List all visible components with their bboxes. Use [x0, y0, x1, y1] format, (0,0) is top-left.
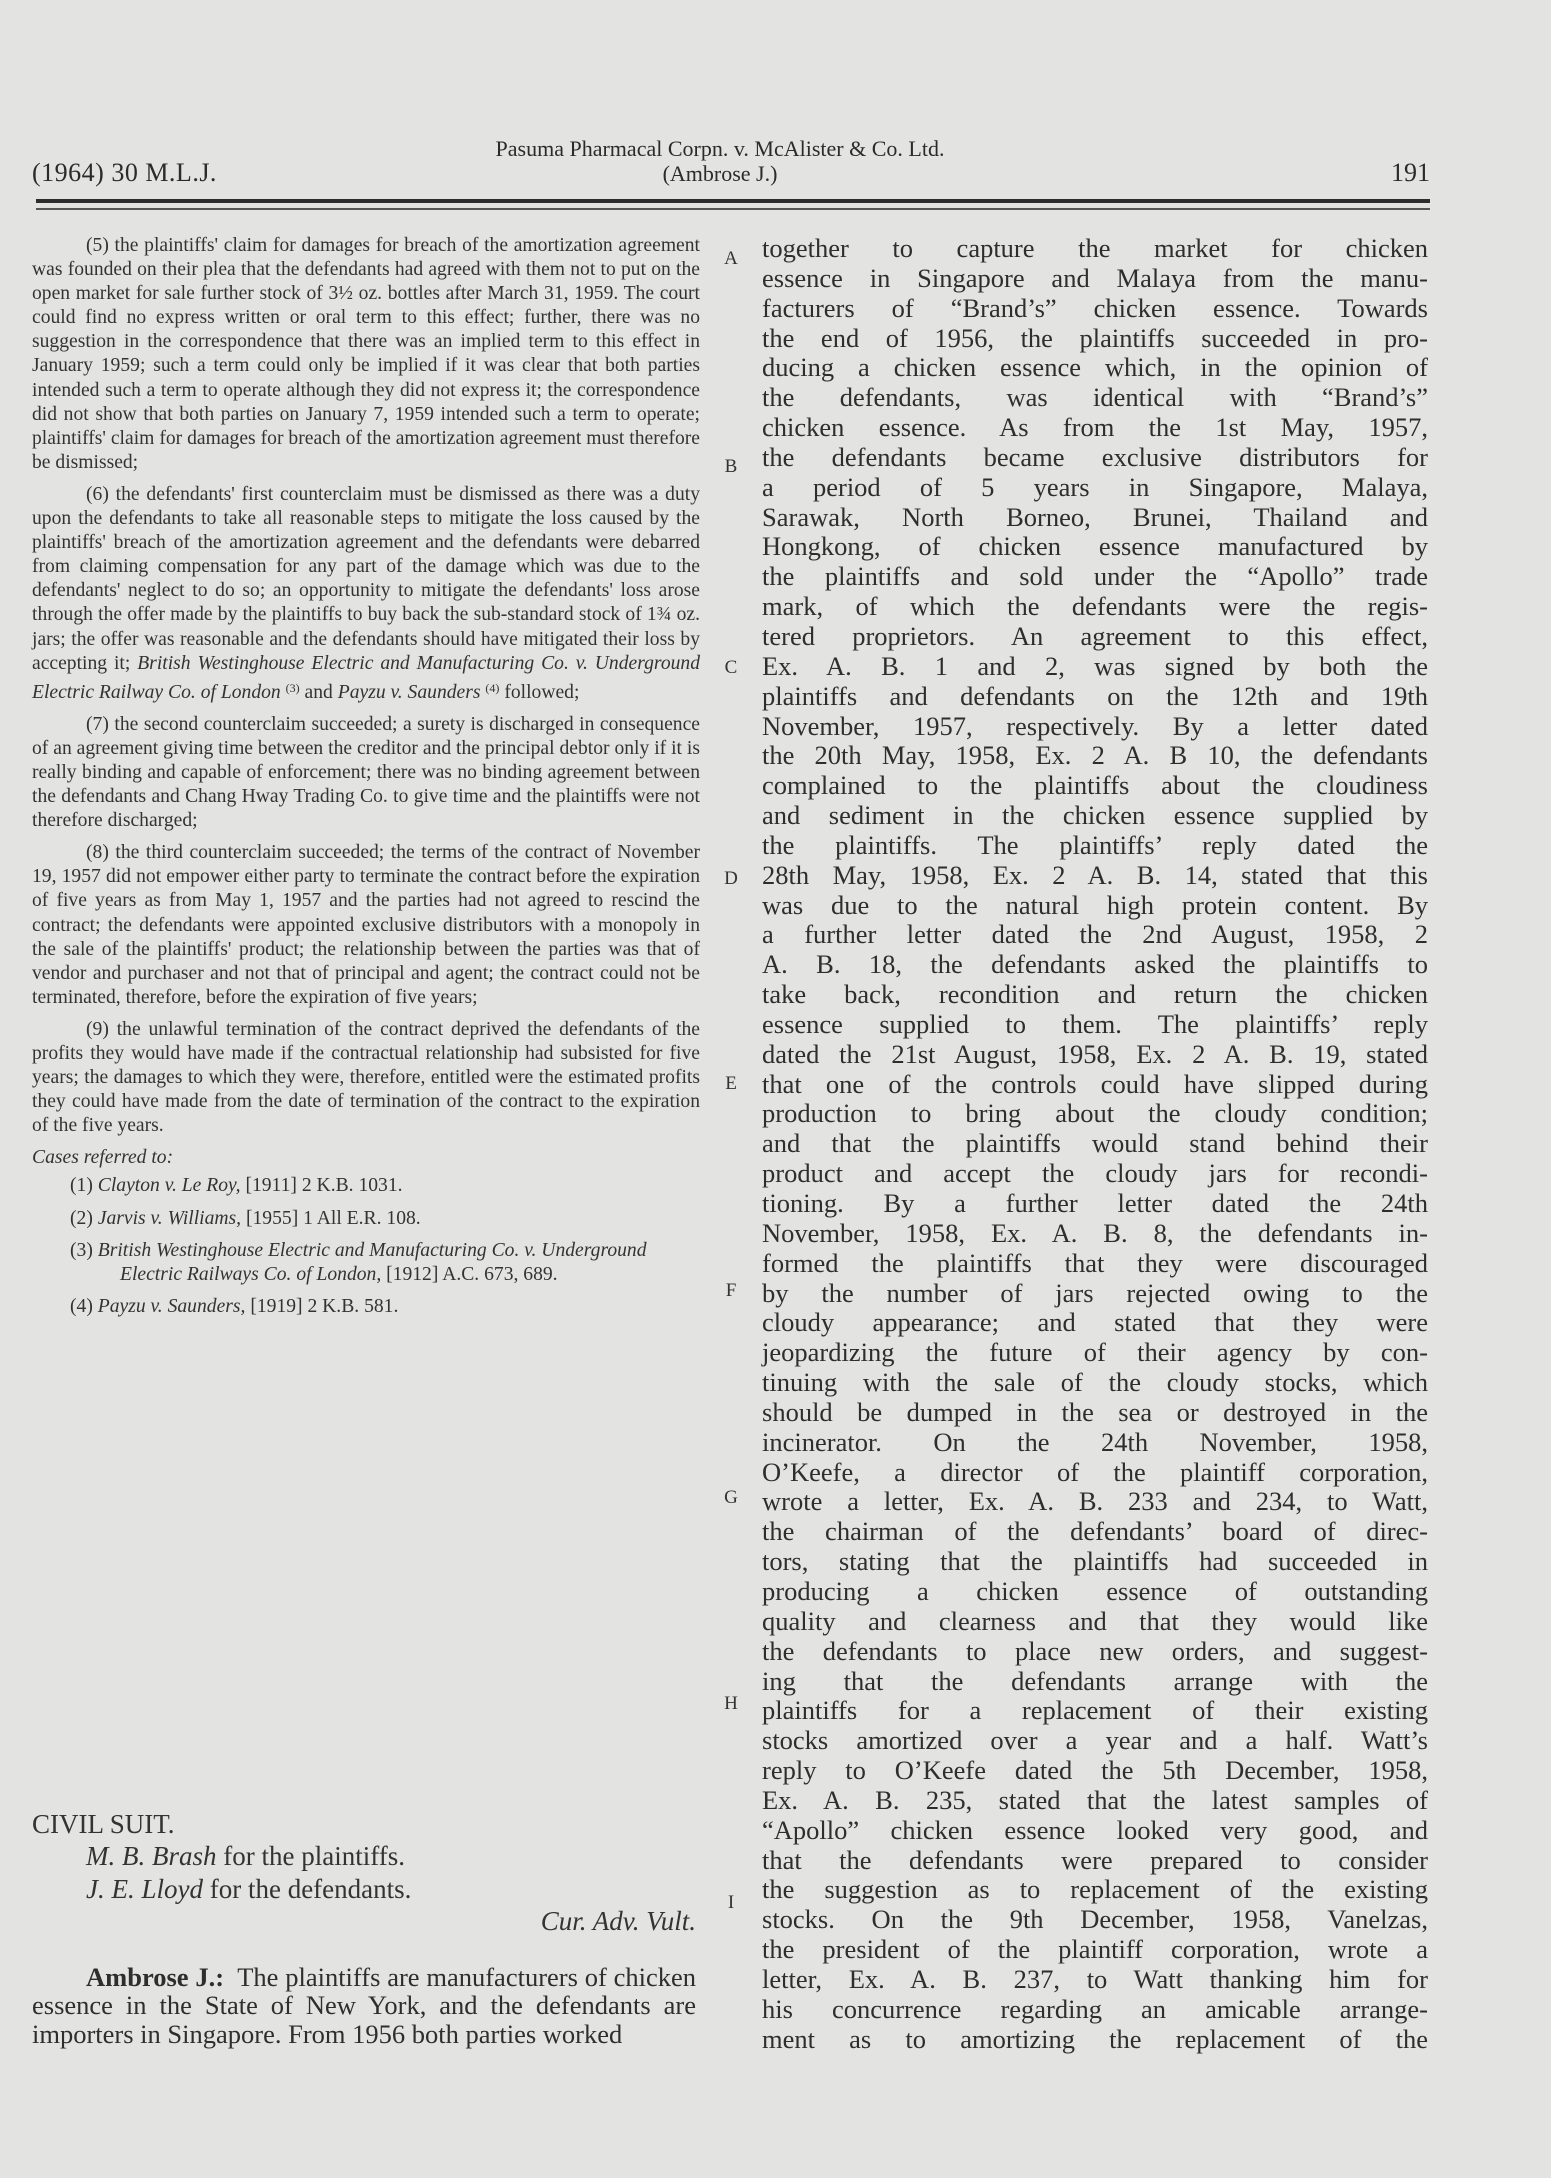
headnote-text: the unlawful termination of the contract…: [32, 1019, 700, 1136]
case-number: (1): [70, 1175, 93, 1196]
margin-letter-e: E: [723, 1073, 739, 1095]
headnote-text: the defendants' first counterclaim must …: [32, 484, 700, 674]
judgment-line: Sarawak, North Borneo, Brunei, Thailand …: [762, 503, 1428, 533]
headnote-number: (7): [86, 714, 109, 735]
judgment-line: jeopardizing the future of their agency …: [762, 1338, 1428, 1368]
case-cite: [1919] 2 K.B. 581.: [250, 1296, 398, 1317]
judgment-line: chicken essence. As from the 1st May, 19…: [762, 413, 1428, 443]
headnote-text: and: [305, 682, 333, 703]
headnote-text: the plaintiffs' claim for damages for br…: [32, 235, 700, 473]
judgment-line: reply to O’Keefe dated the 5th December,…: [762, 1756, 1428, 1786]
header-rule-thin: [36, 208, 1430, 210]
case-name: Clayton v. Le Roy,: [98, 1175, 241, 1196]
footnote-ref: (3): [286, 681, 300, 695]
judgment-line: incinerator. On the 24th November, 1958,: [762, 1428, 1428, 1458]
judgment-line: the president of the plaintiff corporati…: [762, 1935, 1428, 1965]
header-rule-thick: [36, 199, 1430, 203]
judgment-line: producing a chicken essence of outstandi…: [762, 1577, 1428, 1607]
judgment-line: the plaintiffs and sold under the “Apoll…: [762, 562, 1428, 592]
judgment-line: cloudy appearance; and stated that they …: [762, 1308, 1428, 1338]
running-head: Pasuma Pharmacal Corpn. v. McAlister & C…: [380, 136, 1060, 186]
judgment-line: letter, Ex. A. B. 237, to Watt thanking …: [762, 1965, 1428, 1995]
judgment-line: plaintiffs and defendants on the 12th an…: [762, 682, 1428, 712]
judgment-line: and that the plaintiffs would stand behi…: [762, 1129, 1428, 1159]
counsel-plaintiffs: M. B. Brash for the plaintiffs.: [86, 1840, 405, 1872]
proceeding-type: CIVIL SUIT.: [32, 1808, 174, 1840]
margin-letter-i: I: [723, 1892, 739, 1914]
headnote-6: (6) the defendants' first counterclaim m…: [32, 483, 700, 705]
law-report-page: (1964) 30 M.L.J. Pasuma Pharmacal Corpn.…: [0, 0, 1551, 2178]
margin-letter-b: B: [723, 456, 739, 478]
case-name: British Westinghouse Electric and Manufa…: [98, 1240, 647, 1285]
judgment-line: Ex. A. B. 1 and 2, was signed by both th…: [762, 652, 1428, 682]
headnote-text: followed;: [504, 682, 579, 703]
judgment-line: tinuing with the sale of the cloudy stoc…: [762, 1368, 1428, 1398]
judgment-line: essence supplied to them. The plaintiffs…: [762, 1010, 1428, 1040]
page-number: 191: [1380, 158, 1430, 188]
judgment-line: stocks. On the 9th December, 1958, Vanel…: [762, 1905, 1428, 1935]
counsel-role: for the plaintiffs.: [223, 1841, 405, 1871]
case-title: Pasuma Pharmacal Corpn. v. McAlister & C…: [380, 136, 1060, 161]
case-name: Jarvis v. Williams,: [98, 1208, 241, 1229]
report-citation: (1964) 30 M.L.J.: [32, 158, 217, 188]
case-cite: [1911] 2 K.B. 1031.: [245, 1175, 402, 1196]
margin-letter-h: H: [723, 1693, 739, 1715]
judgment-line: by the number of jars rejected owing to …: [762, 1279, 1428, 1309]
judgment-line: ment as to amortizing the replacement of…: [762, 2025, 1428, 2055]
case-number: (4): [70, 1296, 93, 1317]
judgment-line: together to capture the market for chick…: [762, 234, 1428, 264]
judgment-line: Hongkong, of chicken essence manufacture…: [762, 532, 1428, 562]
case-number: (2): [70, 1208, 93, 1229]
margin-letter-f: F: [723, 1280, 739, 1302]
headnote-5: (5) the plaintiffs' claim for damages fo…: [32, 234, 700, 475]
case-number: (3): [70, 1240, 93, 1261]
headnote-7: (7) the second counterclaim succeeded; a…: [32, 713, 700, 833]
judgment-line: the chairman of the defendants’ board of…: [762, 1517, 1428, 1547]
case-citation: Payzu v. Saunders: [338, 682, 481, 703]
margin-letter-g: G: [723, 1487, 739, 1509]
headnote-text: the second counterclaim succeeded; a sur…: [32, 714, 700, 831]
judgment-line: production to bring about the cloudy con…: [762, 1099, 1428, 1129]
judgment-line: formed the plaintiffs that they were dis…: [762, 1249, 1428, 1279]
judgment-line: “Apollo” chicken essence looked very goo…: [762, 1816, 1428, 1846]
judgment-line: and sediment in the chicken essence supp…: [762, 801, 1428, 831]
counsel-name: M. B. Brash: [86, 1841, 217, 1871]
judgment-line: A. B. 18, the defendants asked the plain…: [762, 950, 1428, 980]
judgment-line: tioning. By a further letter dated the 2…: [762, 1189, 1428, 1219]
judgment-line: quality and clearness and that they woul…: [762, 1607, 1428, 1637]
judgment-line: the suggestion as to replacement of the …: [762, 1875, 1428, 1905]
judgment-line: product and accept the cloudy jars for r…: [762, 1159, 1428, 1189]
judgment-line: November, 1958, Ex. A. B. 8, the defenda…: [762, 1219, 1428, 1249]
judgment-line: ducing a chicken essence which, in the o…: [762, 353, 1428, 383]
judgment-line: the defendants, was identical with “Bran…: [762, 383, 1428, 413]
judgment-line: November, 1957, respectively. By a lette…: [762, 712, 1428, 742]
case-item: (1) Clayton v. Le Roy, [1911] 2 K.B. 103…: [32, 1174, 700, 1198]
judgment-line: wrote a letter, Ex. A. B. 233 and 234, t…: [762, 1487, 1428, 1517]
judgment-line: mark, of which the defendants were the r…: [762, 592, 1428, 622]
judge-name: (Ambrose J.): [380, 161, 1060, 186]
margin-letter-c: C: [723, 657, 739, 679]
judgment-line: tered proprietors. An agreement to this …: [762, 622, 1428, 652]
headnote-8: (8) the third counterclaim succeeded; th…: [32, 841, 700, 1010]
judgment-line: was due to the natural high protein cont…: [762, 891, 1428, 921]
judgment-line: that the defendants were prepared to con…: [762, 1846, 1428, 1876]
headnote-number: (5): [86, 235, 109, 256]
judgment-line: his concurrence regarding an amicable ar…: [762, 1995, 1428, 2025]
left-column: (5) the plaintiffs' claim for damages fo…: [32, 234, 700, 1327]
judgment-line: dated the 21st August, 1958, Ex. 2 A. B.…: [762, 1040, 1428, 1070]
margin-letter-a: A: [723, 248, 739, 270]
judgment-line: should be dumped in the sea or destroyed…: [762, 1398, 1428, 1428]
judgment-line: tors, stating that the plaintiffs had su…: [762, 1547, 1428, 1577]
judgment-line: take back, recondition and return the ch…: [762, 980, 1428, 1010]
judgment-line: facturers of “Brand’s” chicken essence. …: [762, 294, 1428, 324]
case-name: Payzu v. Saunders,: [98, 1296, 246, 1317]
counsel-role: for the defendants.: [210, 1874, 412, 1904]
headnote-number: (9): [86, 1019, 109, 1040]
judgment-line: the defendants became exclusive distribu…: [762, 443, 1428, 473]
judgment-opening: Ambrose J.: The plaintiffs are manufactu…: [32, 1963, 696, 2048]
case-item: (2) Jarvis v. Williams, [1955] 1 All E.R…: [32, 1207, 700, 1231]
judge-label: Ambrose J.:: [86, 1962, 224, 1992]
margin-letter-d: D: [723, 868, 739, 890]
judgment-line: plaintiffs for a replacement of their ex…: [762, 1696, 1428, 1726]
headnote-number: (8): [86, 842, 109, 863]
headnote-number: (6): [86, 484, 109, 505]
judgment-line: stocks amortized over a year and a half.…: [762, 1726, 1428, 1756]
headnote-9: (9) the unlawful termination of the cont…: [32, 1018, 700, 1138]
judgment-line: a further letter dated the 2nd August, 1…: [762, 920, 1428, 950]
judgment-line: the defendants to place new orders, and …: [762, 1637, 1428, 1667]
judgment-line: Ex. A. B. 235, stated that the latest sa…: [762, 1786, 1428, 1816]
counsel-defendants: J. E. Lloyd for the defendants.: [86, 1873, 411, 1905]
judgment-line: the plaintiffs. The plaintiffs’ reply da…: [762, 831, 1428, 861]
judgment-line: O’Keefe, a director of the plaintiff cor…: [762, 1458, 1428, 1488]
case-item: (3) British Westinghouse Electric and Ma…: [32, 1239, 700, 1287]
judgment-line: that one of the controls could have slip…: [762, 1070, 1428, 1100]
judgment-line: ing that the defendants arrange with the: [762, 1667, 1428, 1697]
judgment-line: 28th May, 1958, Ex. 2 A. B. 14, stated t…: [762, 861, 1428, 891]
judgment-line: complained to the plaintiffs about the c…: [762, 771, 1428, 801]
footnote-ref: (4): [485, 681, 499, 695]
judgment-line: the 20th May, 1958, Ex. 2 A. B 10, the d…: [762, 741, 1428, 771]
cases-referred-heading: Cases referred to:: [32, 1146, 700, 1170]
case-cite: [1955] 1 All E.R. 108.: [246, 1208, 421, 1229]
case-item: (4) Payzu v. Saunders, [1919] 2 K.B. 581…: [32, 1295, 700, 1319]
cur-adv-vult: Cur. Adv. Vult.: [400, 1906, 696, 1937]
judgment-line: a period of 5 years in Singapore, Malaya…: [762, 473, 1428, 503]
counsel-name: J. E. Lloyd: [86, 1874, 203, 1904]
judgment-line: essence in Singapore and Malaya from the…: [762, 264, 1428, 294]
case-cite: [1912] A.C. 673, 689.: [386, 1264, 557, 1285]
right-column: together to capture the market for chick…: [762, 234, 1428, 2054]
judgment-line: the end of 1956, the plaintiffs succeede…: [762, 324, 1428, 354]
headnote-text: the third counterclaim succeeded; the te…: [32, 842, 700, 1008]
